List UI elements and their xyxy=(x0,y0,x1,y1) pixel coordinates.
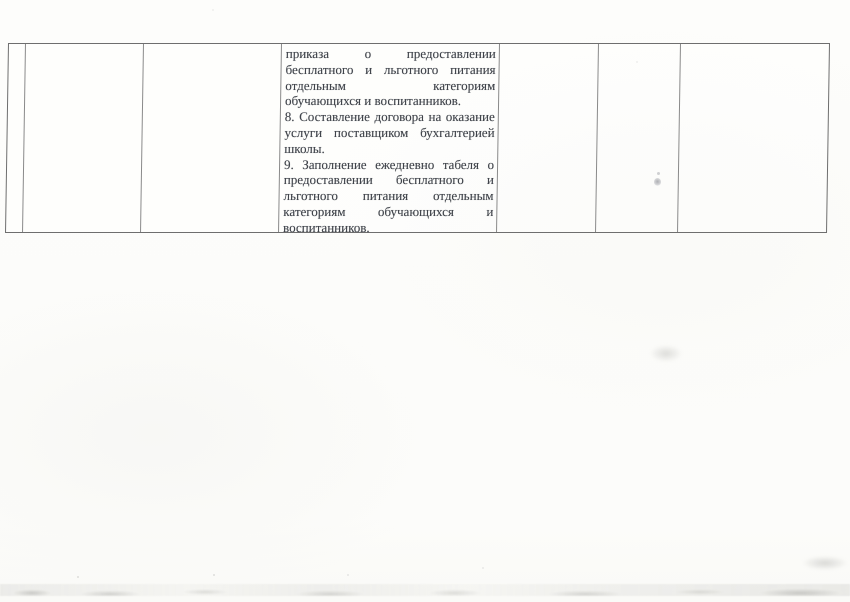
text-line: льготного питания отдельным xyxy=(283,188,493,204)
paragraph-item-9: 9. Заполнение ежедневно табеля о предост… xyxy=(283,157,494,236)
text-line: школы. xyxy=(284,141,494,157)
text-line: категориям обучающихся и xyxy=(283,204,493,220)
text-line: воспитанников. xyxy=(283,220,493,236)
paper-speck xyxy=(212,9,214,11)
text-line: приказа о предоставлении xyxy=(286,46,496,62)
table-cell-empty-6 xyxy=(596,44,681,232)
text-line: отдельным категориям xyxy=(285,78,495,94)
faint-smudge-artifact xyxy=(650,345,682,362)
ink-speck-artifact xyxy=(654,178,661,186)
paper-speck xyxy=(213,574,215,576)
paper-speck xyxy=(482,567,484,569)
text-line: услуги поставщиком бухгалтерией xyxy=(284,125,494,141)
text-line: обучающихся и воспитанников. xyxy=(285,93,495,109)
text-line: 9. Заполнение ежедневно табеля о xyxy=(284,157,494,173)
table-cell-empty-7 xyxy=(678,44,829,232)
paper-speck xyxy=(636,61,638,63)
table-cell-empty-2 xyxy=(23,44,144,232)
ink-speck-dot-artifact xyxy=(657,172,660,175)
table-cell-activities-text: приказа о предоставлении бесплатного и л… xyxy=(279,44,500,232)
text-line: бесплатного и льготного питания xyxy=(285,62,495,78)
schedule-table-row: приказа о предоставлении бесплатного и л… xyxy=(5,43,830,233)
text-line: предоставлении бесплатного и xyxy=(284,172,494,188)
corner-smudge-artifact xyxy=(802,556,848,570)
paper-speck xyxy=(77,576,79,578)
paper-speck xyxy=(347,574,349,576)
paragraph-item-8: 8. Составление договора на оказание услу… xyxy=(284,109,495,156)
text-line: 8. Составление договора на оказание xyxy=(285,109,495,125)
table-cell-empty-3 xyxy=(141,44,282,232)
table-cell-empty-5 xyxy=(497,44,599,232)
paragraph-continuation: приказа о предоставлении бесплатного и л… xyxy=(285,46,496,109)
scanner-edge-band xyxy=(0,584,850,596)
